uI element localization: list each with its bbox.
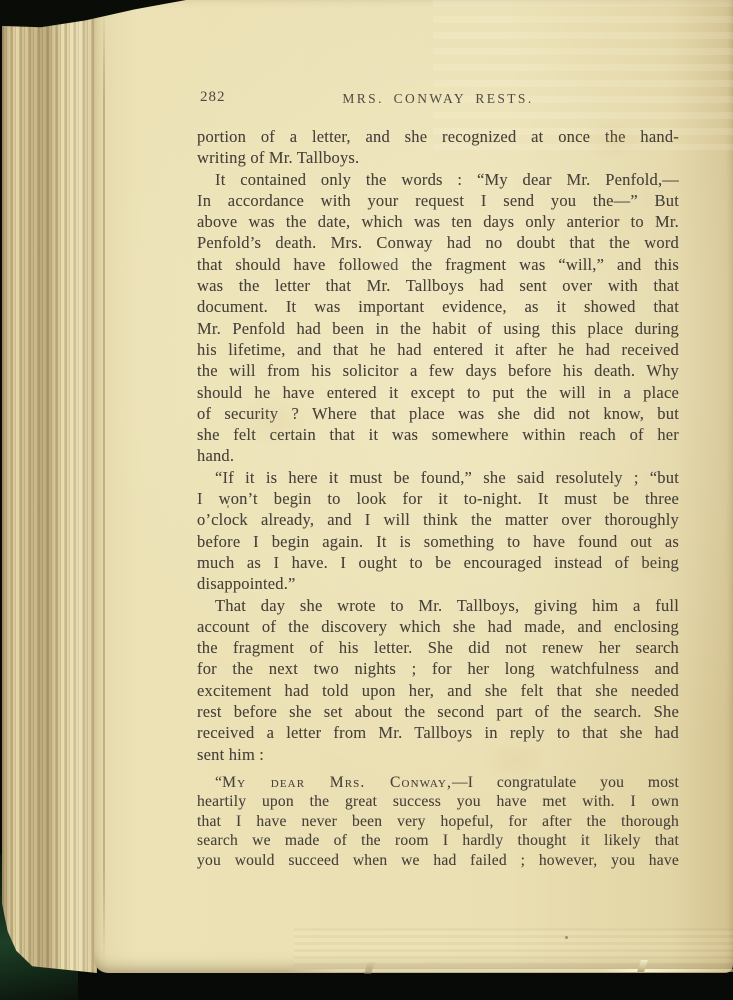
page-number: 282 [200, 89, 226, 106]
text-line: I won’t begin to look for it to-night. I… [197, 488, 679, 509]
text-line: was the letter that Mr. Tallboys had sen… [197, 275, 679, 296]
text-line: excitement had told upon her, and she fe… [197, 680, 679, 701]
text-line: of security ? Where that place was she d… [197, 403, 679, 424]
text-line: “My dear Mrs. Conway,—I congratulate you… [197, 773, 679, 792]
text-line: portion of a letter, and she recognized … [197, 126, 679, 147]
smallcaps-salutation: My dear Mrs. Conway, [222, 774, 452, 791]
text-line: the fragment of his letter. She did not … [197, 637, 679, 658]
text-line: she felt certain that it was somewhere w… [197, 424, 679, 445]
text-line: sent him : [197, 744, 679, 765]
text-line: o’clock already, and I will think the ma… [197, 509, 679, 530]
book-page: 282 MRS. CONWAY RESTS. portion of a lett… [94, 0, 733, 973]
page-bottom-texture [294, 928, 733, 966]
text-line: writing of Mr. Tallboys. [197, 147, 679, 168]
text-line: That day she wrote to Mr. Tallboys, givi… [197, 595, 679, 616]
paragraph: That day she wrote to Mr. Tallboys, givi… [197, 595, 679, 765]
text-line: before I begin again. It is something to… [197, 531, 679, 552]
paragraph: “If it is here it must be found,” she sa… [197, 467, 679, 595]
text-line: the will from his solicitor a few days b… [197, 360, 679, 381]
text-line: much as I have. I ought to be encouraged… [197, 552, 679, 573]
page-header: 282 MRS. CONWAY RESTS. [197, 88, 679, 108]
paragraph: portion of a letter, and she recognized … [197, 126, 679, 169]
text-line: that should have followed the fragment w… [197, 254, 679, 275]
paragraph: It contained only the words : “My dear M… [197, 169, 679, 467]
text-line: It contained only the words : “My dear M… [197, 169, 679, 190]
text-line: In accordance with your request I send y… [197, 190, 679, 211]
text-line: received a letter from Mr. Tallboys in r… [197, 722, 679, 743]
text-line: “If it is here it must be found,” she sa… [197, 467, 679, 488]
text-line: account of the discovery which she had m… [197, 616, 679, 637]
page-edges [2, 5, 97, 973]
text-line: rest before she set about the second par… [197, 701, 679, 722]
text-line: search we made of the room I hardly thou… [197, 831, 679, 850]
running-header: MRS. CONWAY RESTS. [197, 88, 679, 107]
text-line: document. It was important evidence, as … [197, 296, 679, 317]
page-bottom-edge [285, 969, 733, 972]
text-line: that I have never been very hopeful, for… [197, 812, 679, 831]
text-line: above was the date, which was ten days o… [197, 211, 679, 232]
text-line: for the next two nights ; for her long w… [197, 658, 679, 679]
text-line: disappointed.” [197, 573, 679, 594]
text-line: heartily upon the great success you have… [197, 792, 679, 811]
text-line: should he have entered it except to put … [197, 382, 679, 403]
text-line: Mr. Penfold had been in the habit of usi… [197, 318, 679, 339]
text-line: hand. [197, 445, 679, 466]
book-photo: 282 MRS. CONWAY RESTS. portion of a lett… [0, 0, 733, 1000]
paper-speck [227, 505, 229, 508]
letter-paragraph: “My dear Mrs. Conway,—I congratulate you… [197, 773, 679, 870]
body-text: portion of a letter, and she recognized … [197, 126, 679, 870]
text-line: Penfold’s death. Mrs. Conway had no doub… [197, 232, 679, 253]
text-line: his lifetime, and that he had entered it… [197, 339, 679, 360]
paper-speck [565, 936, 568, 939]
text-line: you would succeed when we had failed ; h… [197, 851, 679, 870]
